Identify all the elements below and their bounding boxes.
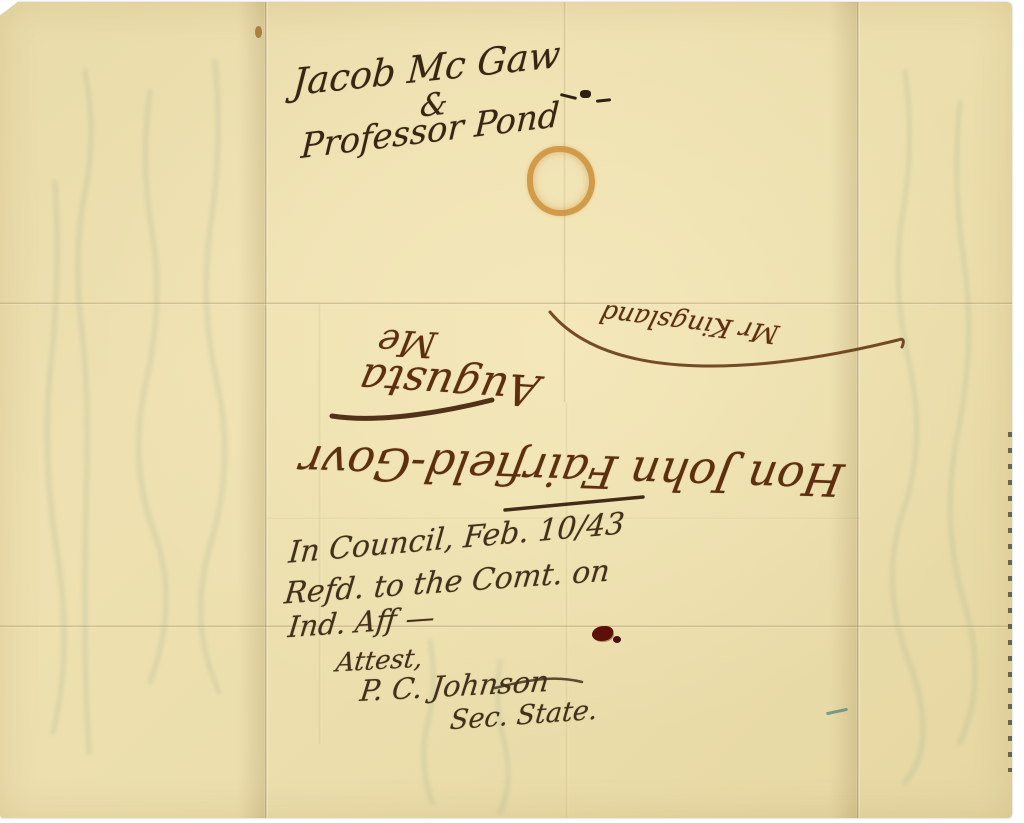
vertical-fold-left: [264, 2, 268, 818]
red-wax-dot: [613, 636, 621, 643]
rust-spot: [255, 26, 262, 38]
vertical-fold-right-shadow: [830, 2, 856, 818]
letter-paper: Jacob Mc Gaw & Professor Pond Mr Kingsla…: [0, 2, 1012, 818]
teal-ink-mark: [826, 708, 848, 716]
vertical-crease-inner: [318, 304, 322, 744]
ragged-edge-marks: [1008, 432, 1012, 772]
horizontal-fold-upper: [0, 302, 1012, 305]
paper-corner-cut: [0, 1, 19, 16]
scanned-letter-image: Jacob Mc Gaw & Professor Pond Mr Kingsla…: [0, 0, 1024, 823]
ink-fleck: [580, 90, 591, 98]
red-wax-blot: [592, 626, 613, 641]
wafer-seal-stain: [527, 146, 595, 216]
endorsement-line3: Ind. Aff —: [287, 603, 437, 643]
ink-fleck: [560, 93, 577, 100]
address-city: Augusta: [356, 356, 544, 411]
horizontal-fold-lower: [0, 625, 1012, 628]
vertical-fold-left-shadow: [238, 2, 264, 818]
address-carrier-note: Mr Kingsland: [597, 299, 781, 346]
vertical-fold-right: [856, 2, 860, 818]
endorsement-signer-title: Sec. State.: [449, 697, 599, 735]
address-recipient: Hon John Fairfield-Govr: [296, 439, 847, 503]
ink-fleck: [596, 98, 611, 103]
